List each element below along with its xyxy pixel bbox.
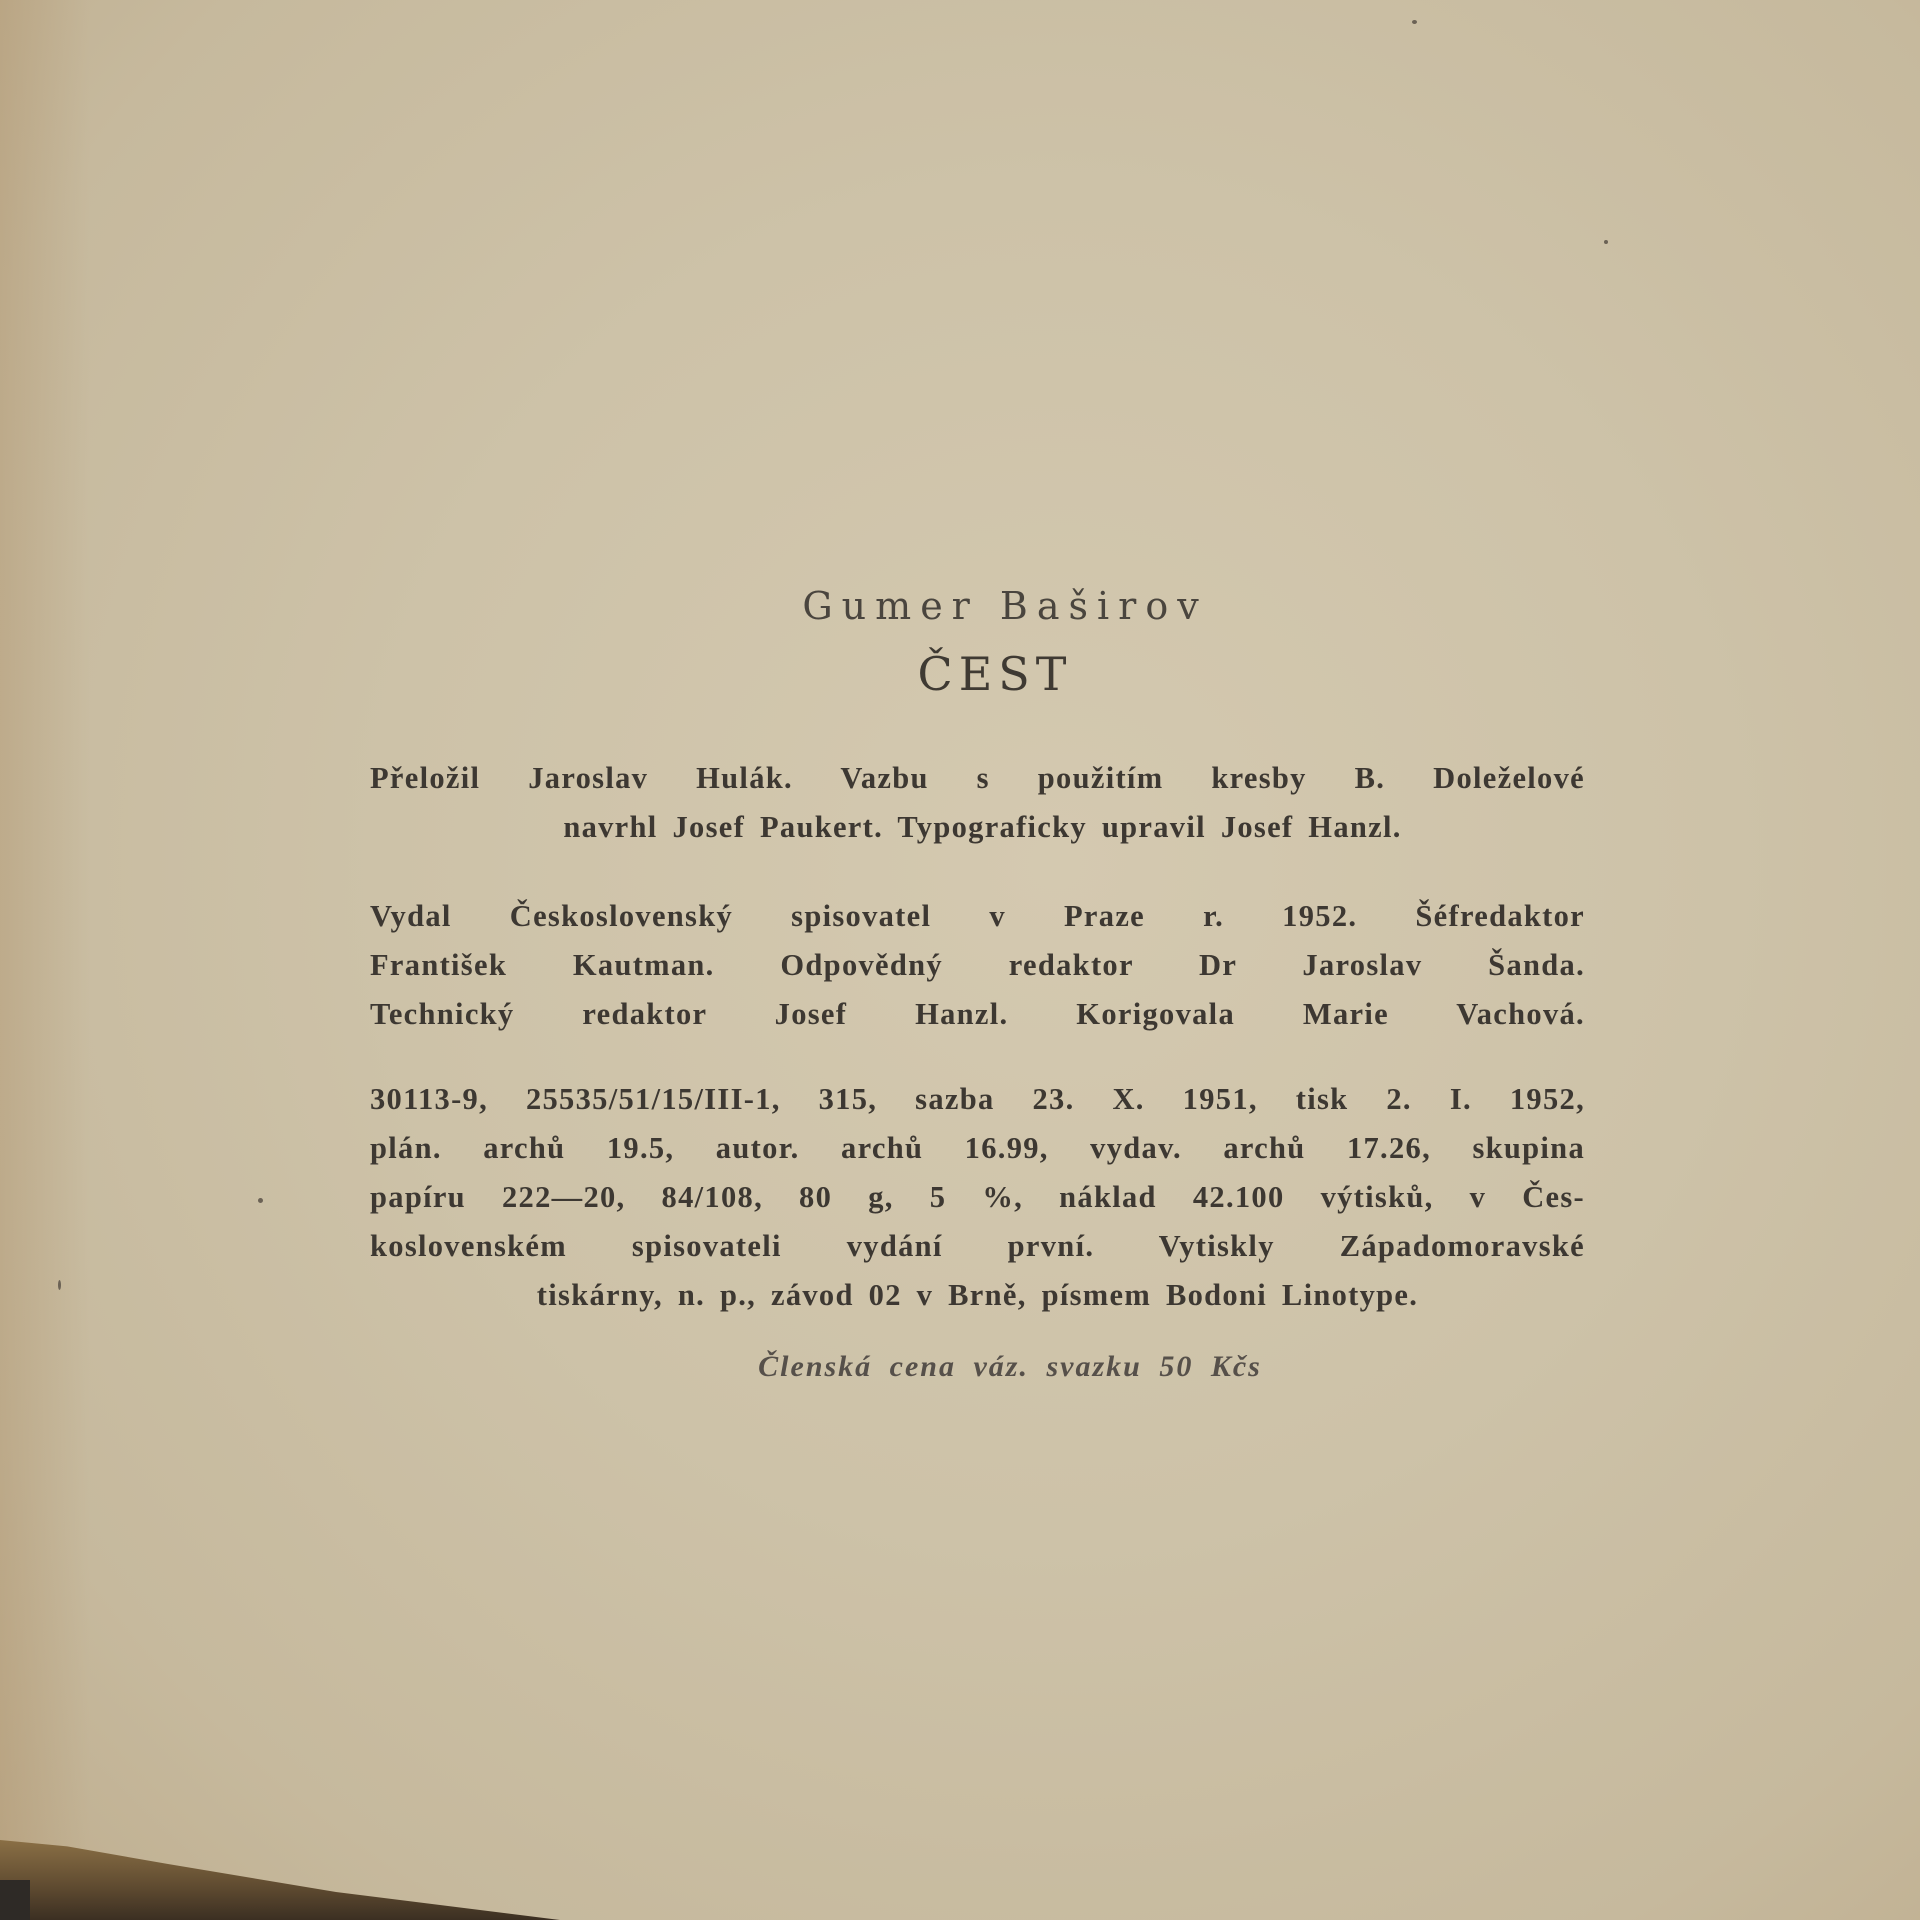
paper-speck bbox=[58, 1280, 61, 1290]
colophon: Gumer Baširov ČEST Přeložil Jaroslav Hul… bbox=[370, 580, 1590, 1384]
printing-line: plán. archů 19.5, autor. archů 16.99, vy… bbox=[370, 1124, 1585, 1173]
credits-paragraph: Přeložil Jaroslav Hulák. Vazbu s použití… bbox=[370, 754, 1585, 852]
publisher-paragraph: Vydal Československý spisovatel v Praze … bbox=[370, 892, 1585, 1039]
credits-line: Přeložil Jaroslav Hulák. Vazbu s použití… bbox=[370, 754, 1585, 803]
book-cover-corner bbox=[0, 1880, 30, 1920]
printing-line: papíru 222—20, 84/108, 80 g, 5 %, náklad… bbox=[370, 1173, 1585, 1222]
publisher-line: Technický redaktor Josef Hanzl. Korigova… bbox=[370, 990, 1585, 1039]
publisher-line: Vydal Československý spisovatel v Praze … bbox=[370, 892, 1585, 941]
author-name: Gumer Baširov bbox=[370, 580, 1590, 632]
page-shadow bbox=[0, 0, 90, 1920]
publisher-line: František Kautman. Odpovědný redaktor Dr… bbox=[370, 941, 1585, 990]
credits-line: navrhl Josef Paukert. Typograficky uprav… bbox=[370, 803, 1585, 852]
paper-speck bbox=[1412, 20, 1417, 24]
book-cover-edge bbox=[0, 1840, 560, 1920]
book-title: ČEST bbox=[370, 646, 1590, 702]
printing-line: koslovenském spisovateli vydání první. V… bbox=[370, 1222, 1585, 1271]
paper-speck bbox=[258, 1198, 263, 1203]
printing-line: 30113-9, 25535/51/15/III-1, 315, sazba 2… bbox=[370, 1075, 1585, 1124]
paper-speck bbox=[1604, 240, 1608, 244]
printing-details-paragraph: 30113-9, 25535/51/15/III-1, 315, sazba 2… bbox=[370, 1075, 1585, 1320]
printing-line: tiskárny, n. p., závod 02 v Brně, písmem… bbox=[370, 1271, 1585, 1320]
member-price: Členská cena váz. svazku 50 Kčs bbox=[370, 1350, 1590, 1384]
